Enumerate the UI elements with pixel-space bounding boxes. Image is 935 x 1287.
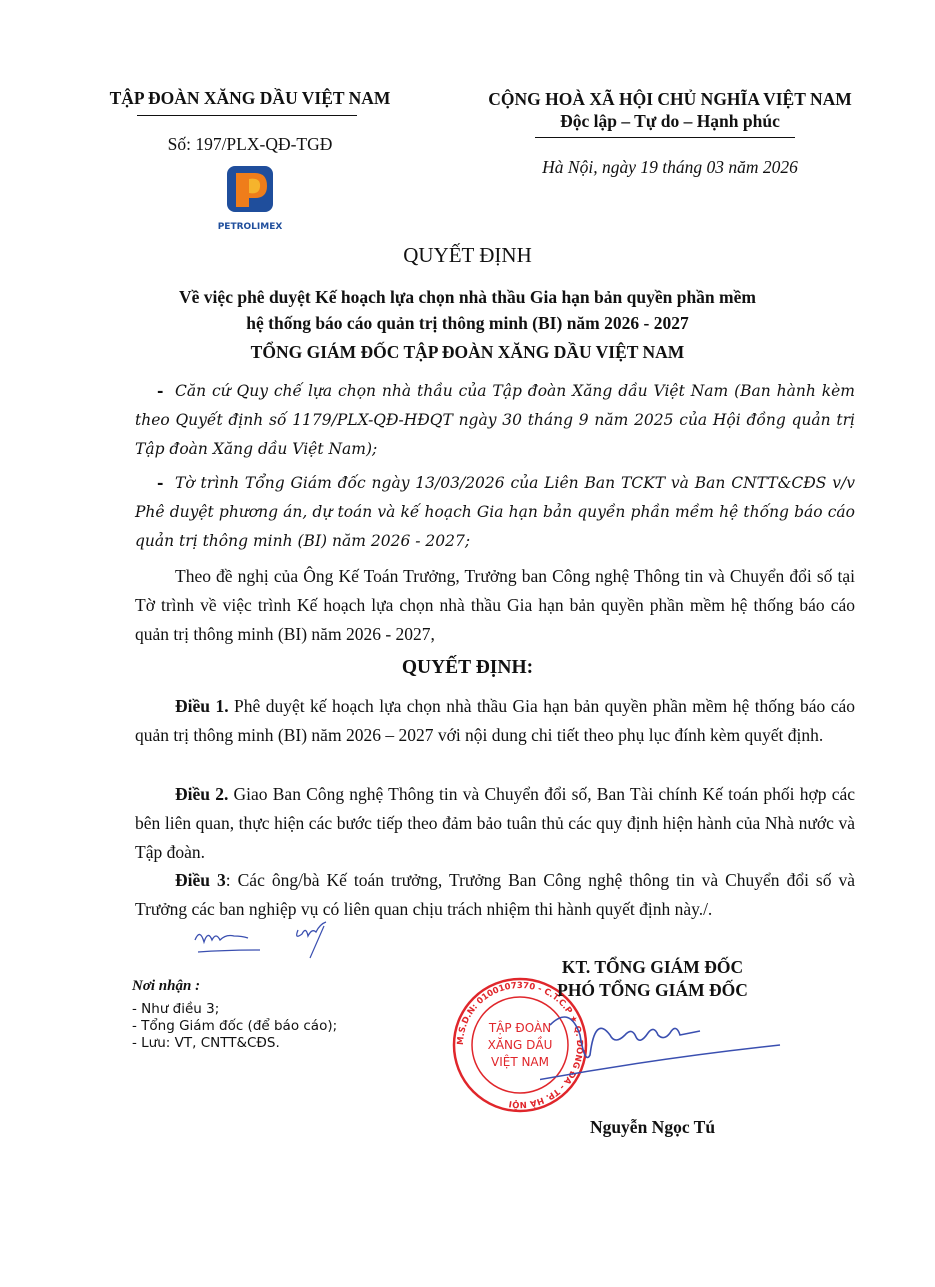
handwritten-signature	[540, 1005, 840, 1105]
national-motto: Độc lập – Tự do – Hạnh phúc	[440, 110, 900, 132]
signature-title-line: KT. TỔNG GIÁM ĐỐC	[440, 956, 865, 979]
petrolimex-logo: PETROLIMEX	[205, 165, 295, 235]
signature-title-line: PHÓ TỔNG GIÁM ĐỐC	[440, 979, 865, 1002]
article-1: Điều 1. Phê duyệt kế hoạch lựa chọn nhà …	[135, 692, 855, 750]
recipients-title: Nơi nhận :	[132, 978, 200, 995]
initials-signature	[190, 920, 350, 965]
proposal-paragraph: Theo đề nghị của Ông Kế Toán Trưởng, Trư…	[135, 562, 855, 649]
legal-basis-text: Tờ trình Tổng Giám đốc ngày 13/03/2026 c…	[135, 474, 855, 550]
organization-underline	[137, 115, 357, 116]
svg-text:PETROLIMEX: PETROLIMEX	[218, 222, 283, 232]
recipient-item: - Tổng Giám đốc (để báo cáo);	[132, 1018, 337, 1035]
decision-heading: QUYẾT ĐỊNH:	[60, 657, 875, 679]
organization-name: TẬP ĐOÀN XĂNG DẦU VIỆT NAM	[70, 88, 430, 109]
signer-name: Nguyễn Ngọc Tú	[440, 1117, 865, 1138]
legal-basis-text: Căn cứ Quy chế lựa chọn nhà thầu của Tập…	[135, 382, 855, 458]
article-text: Phê duyệt kế hoạch lựa chọn nhà thầu Gia…	[135, 696, 855, 745]
article-text: : Các ông/bà Kế toán trưởng, Trưởng Ban …	[135, 870, 855, 919]
bullet: -	[135, 468, 175, 497]
article-label: Điều 2.	[175, 784, 228, 804]
motto-underline	[535, 137, 795, 138]
issuing-authority: TỔNG GIÁM ĐỐC TẬP ĐOÀN XĂNG DẦU VIỆT NAM	[60, 342, 875, 363]
article-text: Giao Ban Công nghệ Thông tin và Chuyển đ…	[135, 784, 855, 862]
article-2: Điều 2. Giao Ban Công nghệ Thông tin và …	[135, 780, 855, 867]
bullet: -	[135, 376, 175, 405]
national-header: CỘNG HOÀ XÃ HỘI CHỦ NGHĨA VIỆT NAM Độc l…	[440, 88, 900, 132]
recipient-item: - Như điều 3;	[132, 1001, 219, 1018]
place-date: Hà Nội, ngày 19 tháng 03 năm 2026	[440, 157, 900, 178]
article-label: Điều 1.	[175, 696, 229, 716]
signature-icon	[540, 1005, 840, 1105]
signature-title: KT. TỔNG GIÁM ĐỐC PHÓ TỔNG GIÁM ĐỐC	[440, 956, 865, 1002]
petrolimex-logo-icon: PETROLIMEX	[205, 165, 295, 235]
article-3: Điều 3: Các ông/bà Kế toán trưởng, Trưởn…	[135, 866, 855, 924]
document-number: Số: 197/PLX-QĐ-TGĐ	[70, 134, 430, 155]
subject-line: Về việc phê duyệt Kế hoạch lựa chọn nhà …	[60, 284, 875, 310]
legal-basis-item: -Tờ trình Tổng Giám đốc ngày 13/03/2026 …	[135, 468, 855, 556]
document-subject: Về việc phê duyệt Kế hoạch lựa chọn nhà …	[60, 284, 875, 336]
initials-icon	[190, 920, 350, 965]
document-title: QUYẾT ĐỊNH	[60, 243, 875, 268]
article-label: Điều 3	[175, 870, 226, 890]
nation-name: CỘNG HOÀ XÃ HỘI CHỦ NGHĨA VIỆT NAM	[440, 88, 900, 110]
recipient-item: - Lưu: VT, CNTT&CĐS.	[132, 1035, 280, 1052]
legal-basis-item: -Căn cứ Quy chế lựa chọn nhà thầu của Tậ…	[135, 376, 855, 464]
subject-line: hệ thống báo cáo quản trị thông minh (BI…	[60, 310, 875, 336]
